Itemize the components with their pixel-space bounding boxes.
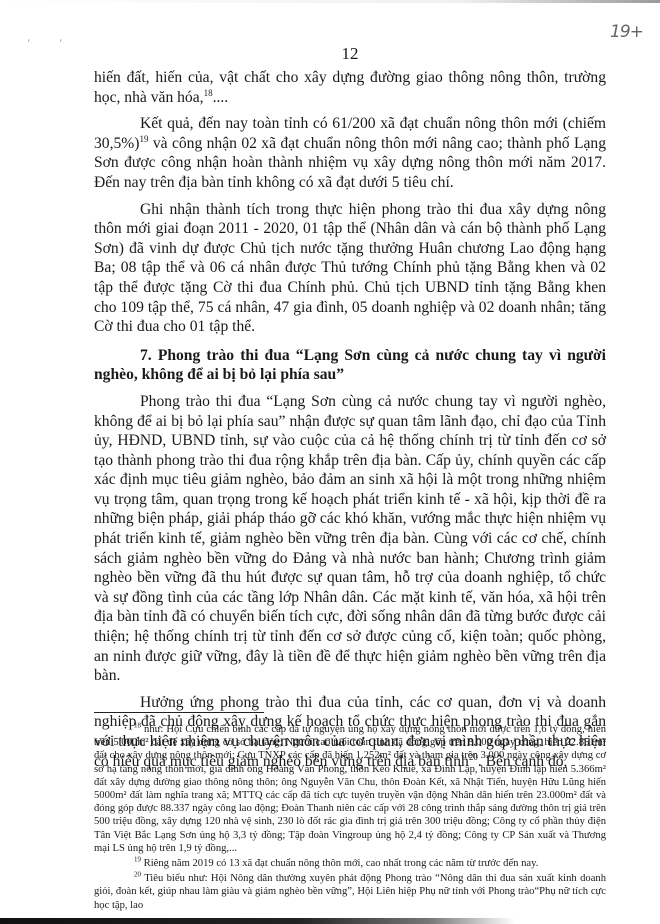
footnote-18: 18 như: Hội Cựu chiến binh các cấp đã tự… [94, 723, 606, 855]
footnotes: 18 như: Hội Cựu chiến binh các cấp đã tự… [94, 723, 606, 914]
paragraph-continuation: hiến đất, hiến của, vật chất cho xây dựn… [94, 68, 606, 107]
page-number: 12 [0, 44, 660, 64]
paragraph-awards: Ghi nhận thành tích trong thực hiện phon… [94, 200, 606, 337]
footnote-19: 19 Riêng năm 2019 có 13 xã đạt chuẩn nôn… [94, 857, 606, 870]
scan-bottom-edge [0, 918, 660, 924]
paragraph-poverty-movement: Phong trào thi đua “Lạng Sơn cùng cả nướ… [94, 392, 606, 686]
footnote-divider [94, 712, 264, 713]
scan-top-edge [0, 0, 660, 3]
footnote-ref[interactable]: 18 [204, 87, 213, 97]
footnote-20: 20 Tiêu biểu như: Hội Nông dân thường xu… [94, 872, 606, 912]
document-body: hiến đất, hiến của, vật chất cho xây dựn… [94, 68, 606, 778]
handwritten-page-mark: 19+ [610, 22, 643, 42]
section-heading: 7. Phong trào thi đua “Lạng Sơn cùng cả … [94, 346, 606, 385]
paragraph-results: Kết quả, đến nay toàn tỉnh có 61/200 xã … [94, 114, 606, 192]
